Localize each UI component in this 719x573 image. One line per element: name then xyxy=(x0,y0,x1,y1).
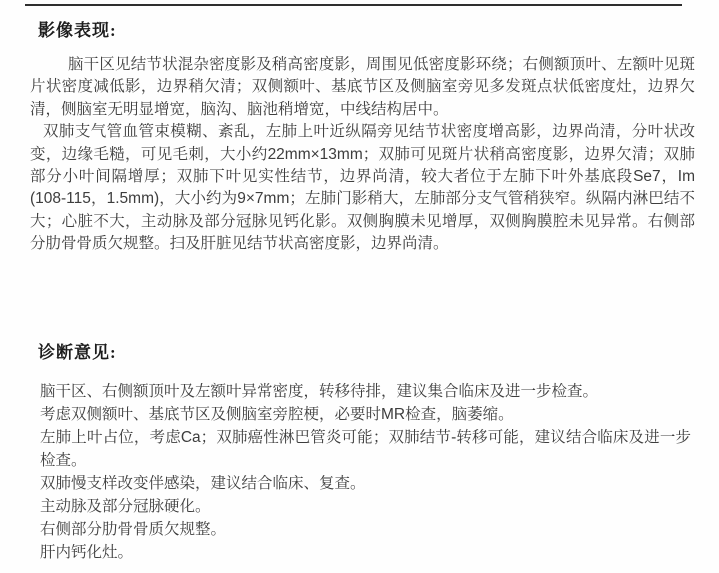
diagnosis-item: 双肺慢支样改变伴感染，建议结合临床、复查。 xyxy=(40,472,691,495)
diagnosis-item: 主动脉及部分冠脉硬化。 xyxy=(40,495,691,518)
medical-report-page: { "report": { "findings": { "heading": "… xyxy=(0,0,719,573)
findings-paragraph-brain: 脑干区见结节状混杂密度影及稍高密度影，周围见低密度影环绕；右侧额顶叶、左额叶见斑… xyxy=(30,54,695,121)
diagnosis-item: 左肺上叶占位，考虑Ca；双肺癌性淋巴管炎可能；双肺结节-转移可能，建议结合临床及… xyxy=(40,426,691,472)
findings-section: 影像表现: 脑干区见结节状混杂密度影及稍高密度影，周围见低密度影环绕；右侧额顶叶… xyxy=(0,16,719,256)
diagnosis-section: 诊断意见: 脑干区、右侧额顶叶及左额叶异常密度，转移待排，建议集合临床及进一步检… xyxy=(0,338,719,564)
diagnosis-item: 脑干区、右侧额顶叶及左额叶异常密度，转移待排，建议集合临床及进一步检查。 xyxy=(40,380,691,403)
findings-body: 脑干区见结节状混杂密度影及稍高密度影，周围见低密度影环绕；右侧额顶叶、左额叶见斑… xyxy=(30,54,695,256)
findings-paragraph-lungs: 双肺支气管血管束模糊、紊乱，左肺上叶近纵隔旁见结节状密度增高影，边界尚清，分叶状… xyxy=(30,121,695,255)
diagnosis-heading: 诊断意见: xyxy=(38,338,719,363)
diagnosis-item: 肝内钙化灶。 xyxy=(40,541,691,564)
findings-heading: 影像表现: xyxy=(38,16,719,41)
diagnosis-item: 右侧部分肋骨骨质欠规整。 xyxy=(40,518,691,541)
diagnosis-list: 脑干区、右侧额顶叶及左额叶异常密度，转移待排，建议集合临床及进一步检查。 考虑双… xyxy=(40,380,691,564)
diagnosis-item: 考虑双侧额叶、基底节区及侧脑室旁腔梗，必要时MR检查，脑萎缩。 xyxy=(40,403,691,426)
top-divider-rule xyxy=(25,4,682,6)
